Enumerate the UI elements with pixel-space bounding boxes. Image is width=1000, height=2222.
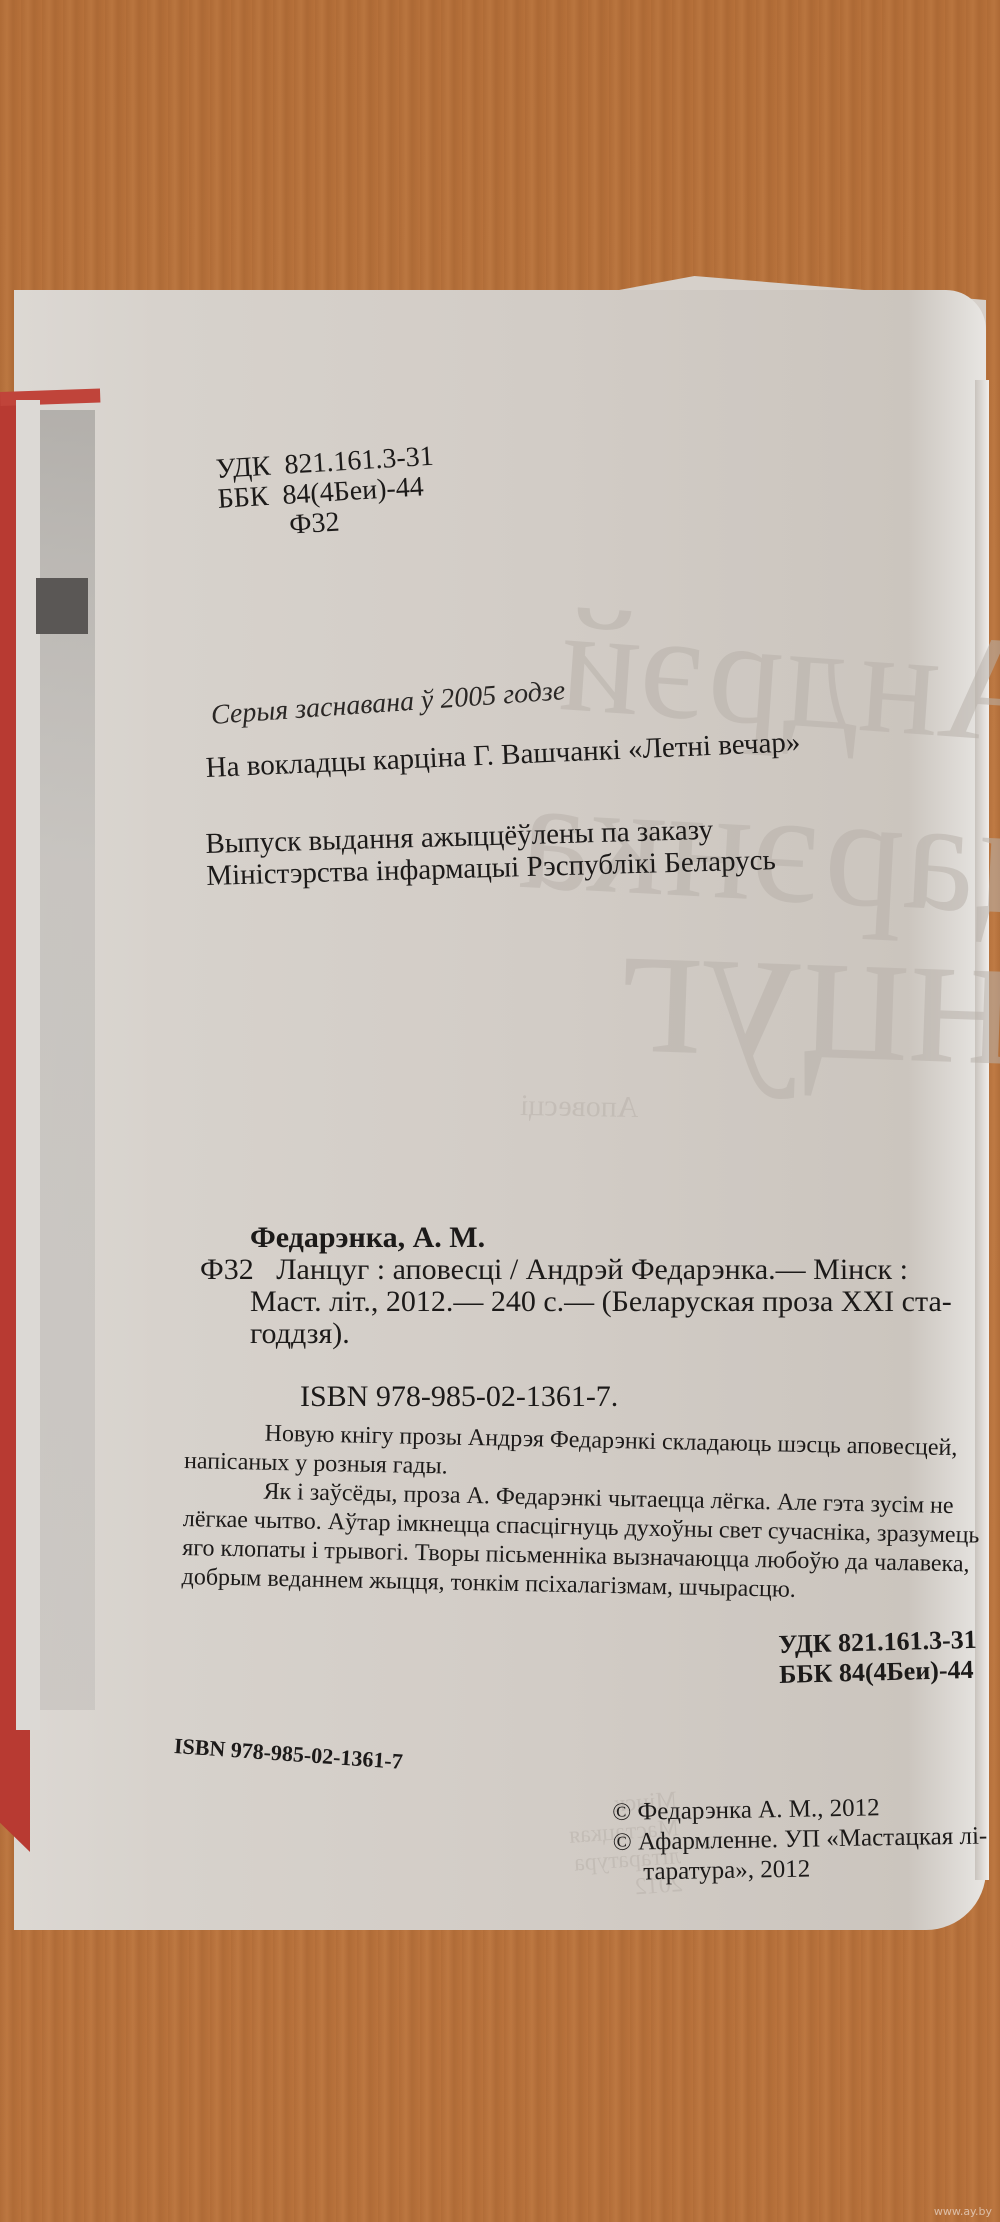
record-series-end: годдзя). [250, 1318, 960, 1350]
record-author: Федарэнка, А. М. [250, 1222, 960, 1254]
record-title-line: Ланцуг : аповесці / Андрэй Федарэнка.— М… [276, 1253, 908, 1286]
record-isbn: ISBN 978-985-02-1361-7. [300, 1380, 618, 1414]
show-through-genre: Аповесці [520, 1089, 639, 1125]
record-code: Ф32 [200, 1253, 254, 1286]
annotation: Новую кнігу прозы Андрэя Федарэнкі склад… [181, 1418, 984, 1609]
copyright-design-cont: таратура», 2012 [643, 1851, 988, 1887]
bibliographic-record: Федарэнка, А. М. Ф32 Ланцуг : аповесці /… [200, 1222, 960, 1350]
classification-block-bottom: УДК 821.161.3-31 ББК 84(4Беи)-44 [778, 1625, 978, 1690]
bbk-code: ББК 84(4Беи)-44 [779, 1655, 978, 1690]
site-watermark: www.ay.by [934, 2205, 992, 2218]
show-through-title: Ланцуг [616, 869, 1000, 1120]
classification-block-top: УДК 821.161.3-31 ББК 84(4Беи)-44 Ф32 [215, 442, 438, 545]
copyright-block: © Федарэнка А. М., 2012 © Афармленне. УП… [612, 1791, 988, 1888]
record-publication-line: Маст. літ., 2012.— 240 с.— (Беларуская п… [250, 1286, 960, 1318]
dark-show-through-block [36, 578, 88, 634]
annotation-paragraph: Як і заўсёды, проза А. Федарэнкі чытаецц… [181, 1476, 983, 1609]
